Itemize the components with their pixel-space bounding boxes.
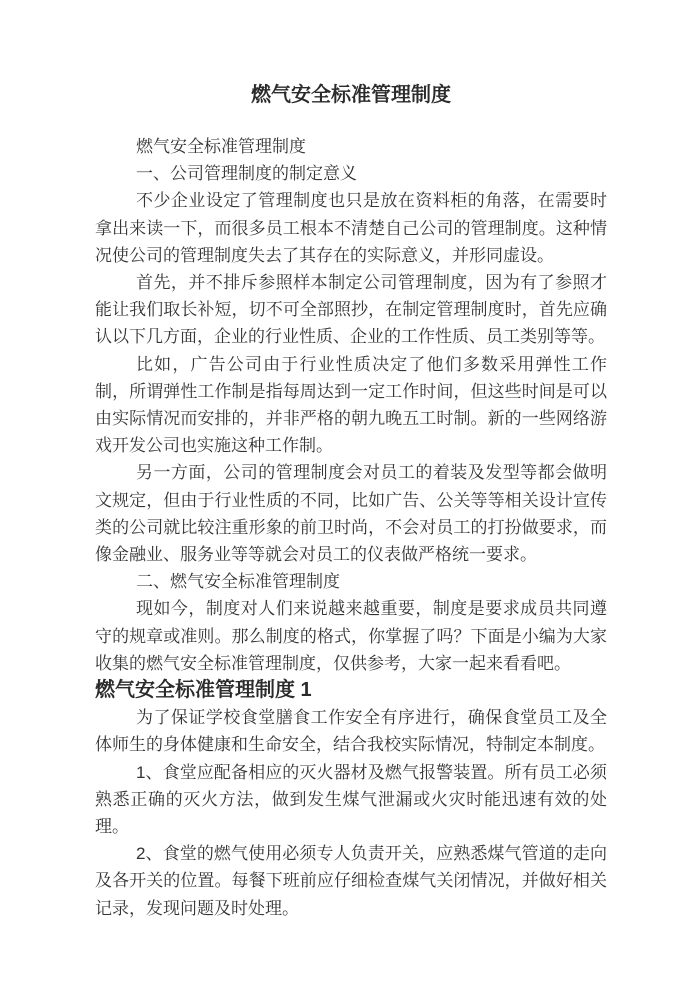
document-title: 燃气安全标准管理制度 (95, 82, 607, 109)
list-item-1: 1、食堂应配备相应的灭火器材及燃气报警装置。所有员工必须熟悉正确的灭火方法，做到… (95, 759, 607, 841)
list-item-2: 2、食堂的燃气使用必须专人负责开关，应熟悉煤气管道的走向及各开关的位置。每餐下班… (95, 840, 607, 922)
paragraph: 现如今，制度对人们来说越来越重要，制度是要求成员共同遵守的规章或准则。那么制度的… (95, 595, 607, 677)
document-page: 燃气安全标准管理制度 燃气安全标准管理制度 一、公司管理制度的制定意义 不少企业… (0, 0, 700, 990)
paragraph: 为了保证学校食堂膳食工作安全有序进行，确保食堂员工及全体师生的身体健康和生命安全… (95, 704, 607, 758)
document-body: 燃气安全标准管理制度 燃气安全标准管理制度 一、公司管理制度的制定意义 不少企业… (0, 0, 700, 922)
paragraph: 首先，并不排斥参照样本制定公司管理制度，因为有了参照才能让我们取长补短，切不可全… (95, 269, 607, 351)
paragraph-repeat-title: 燃气安全标准管理制度 (95, 133, 607, 160)
section-heading-two: 二、燃气安全标准管理制度 (95, 568, 607, 595)
paragraph: 另一方面，公司的管理制度会对员工的着装及发型等都会做明文规定，但由于行业性质的不… (95, 459, 607, 568)
paragraph: 不少企业设定了管理制度也只是放在资料柜的角落，在需要时拿出来读一下，而很多员工根… (95, 187, 607, 269)
sub-heading-rule-1: 燃气安全标准管理制度 1 (95, 677, 607, 704)
paragraph: 比如，广告公司由于行业性质决定了他们多数采用弹性工作制，所谓弹性工作制是指每周达… (95, 351, 607, 460)
section-heading-one: 一、公司管理制度的制定意义 (95, 160, 607, 187)
